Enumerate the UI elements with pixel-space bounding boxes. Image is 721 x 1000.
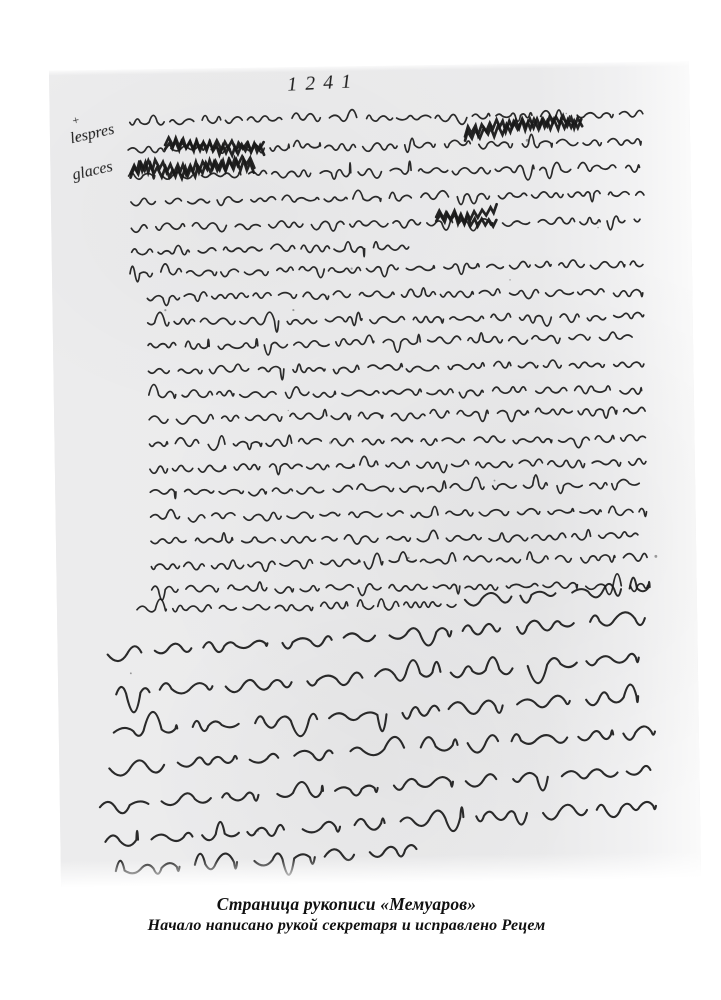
caption-line2: Начало написано рукой секретаря и исправ… xyxy=(0,917,693,935)
manuscript-scan-photo: 1241 + lespres glaces xyxy=(49,61,701,886)
book-page: 1241 + lespres glaces Страница рукописи … xyxy=(0,0,721,1000)
caption: Страница рукописи «Мемуаров» Начало напи… xyxy=(0,894,693,935)
handwriting-strokes xyxy=(49,61,701,886)
caption-line1: Страница рукописи «Мемуаров» xyxy=(0,894,693,915)
